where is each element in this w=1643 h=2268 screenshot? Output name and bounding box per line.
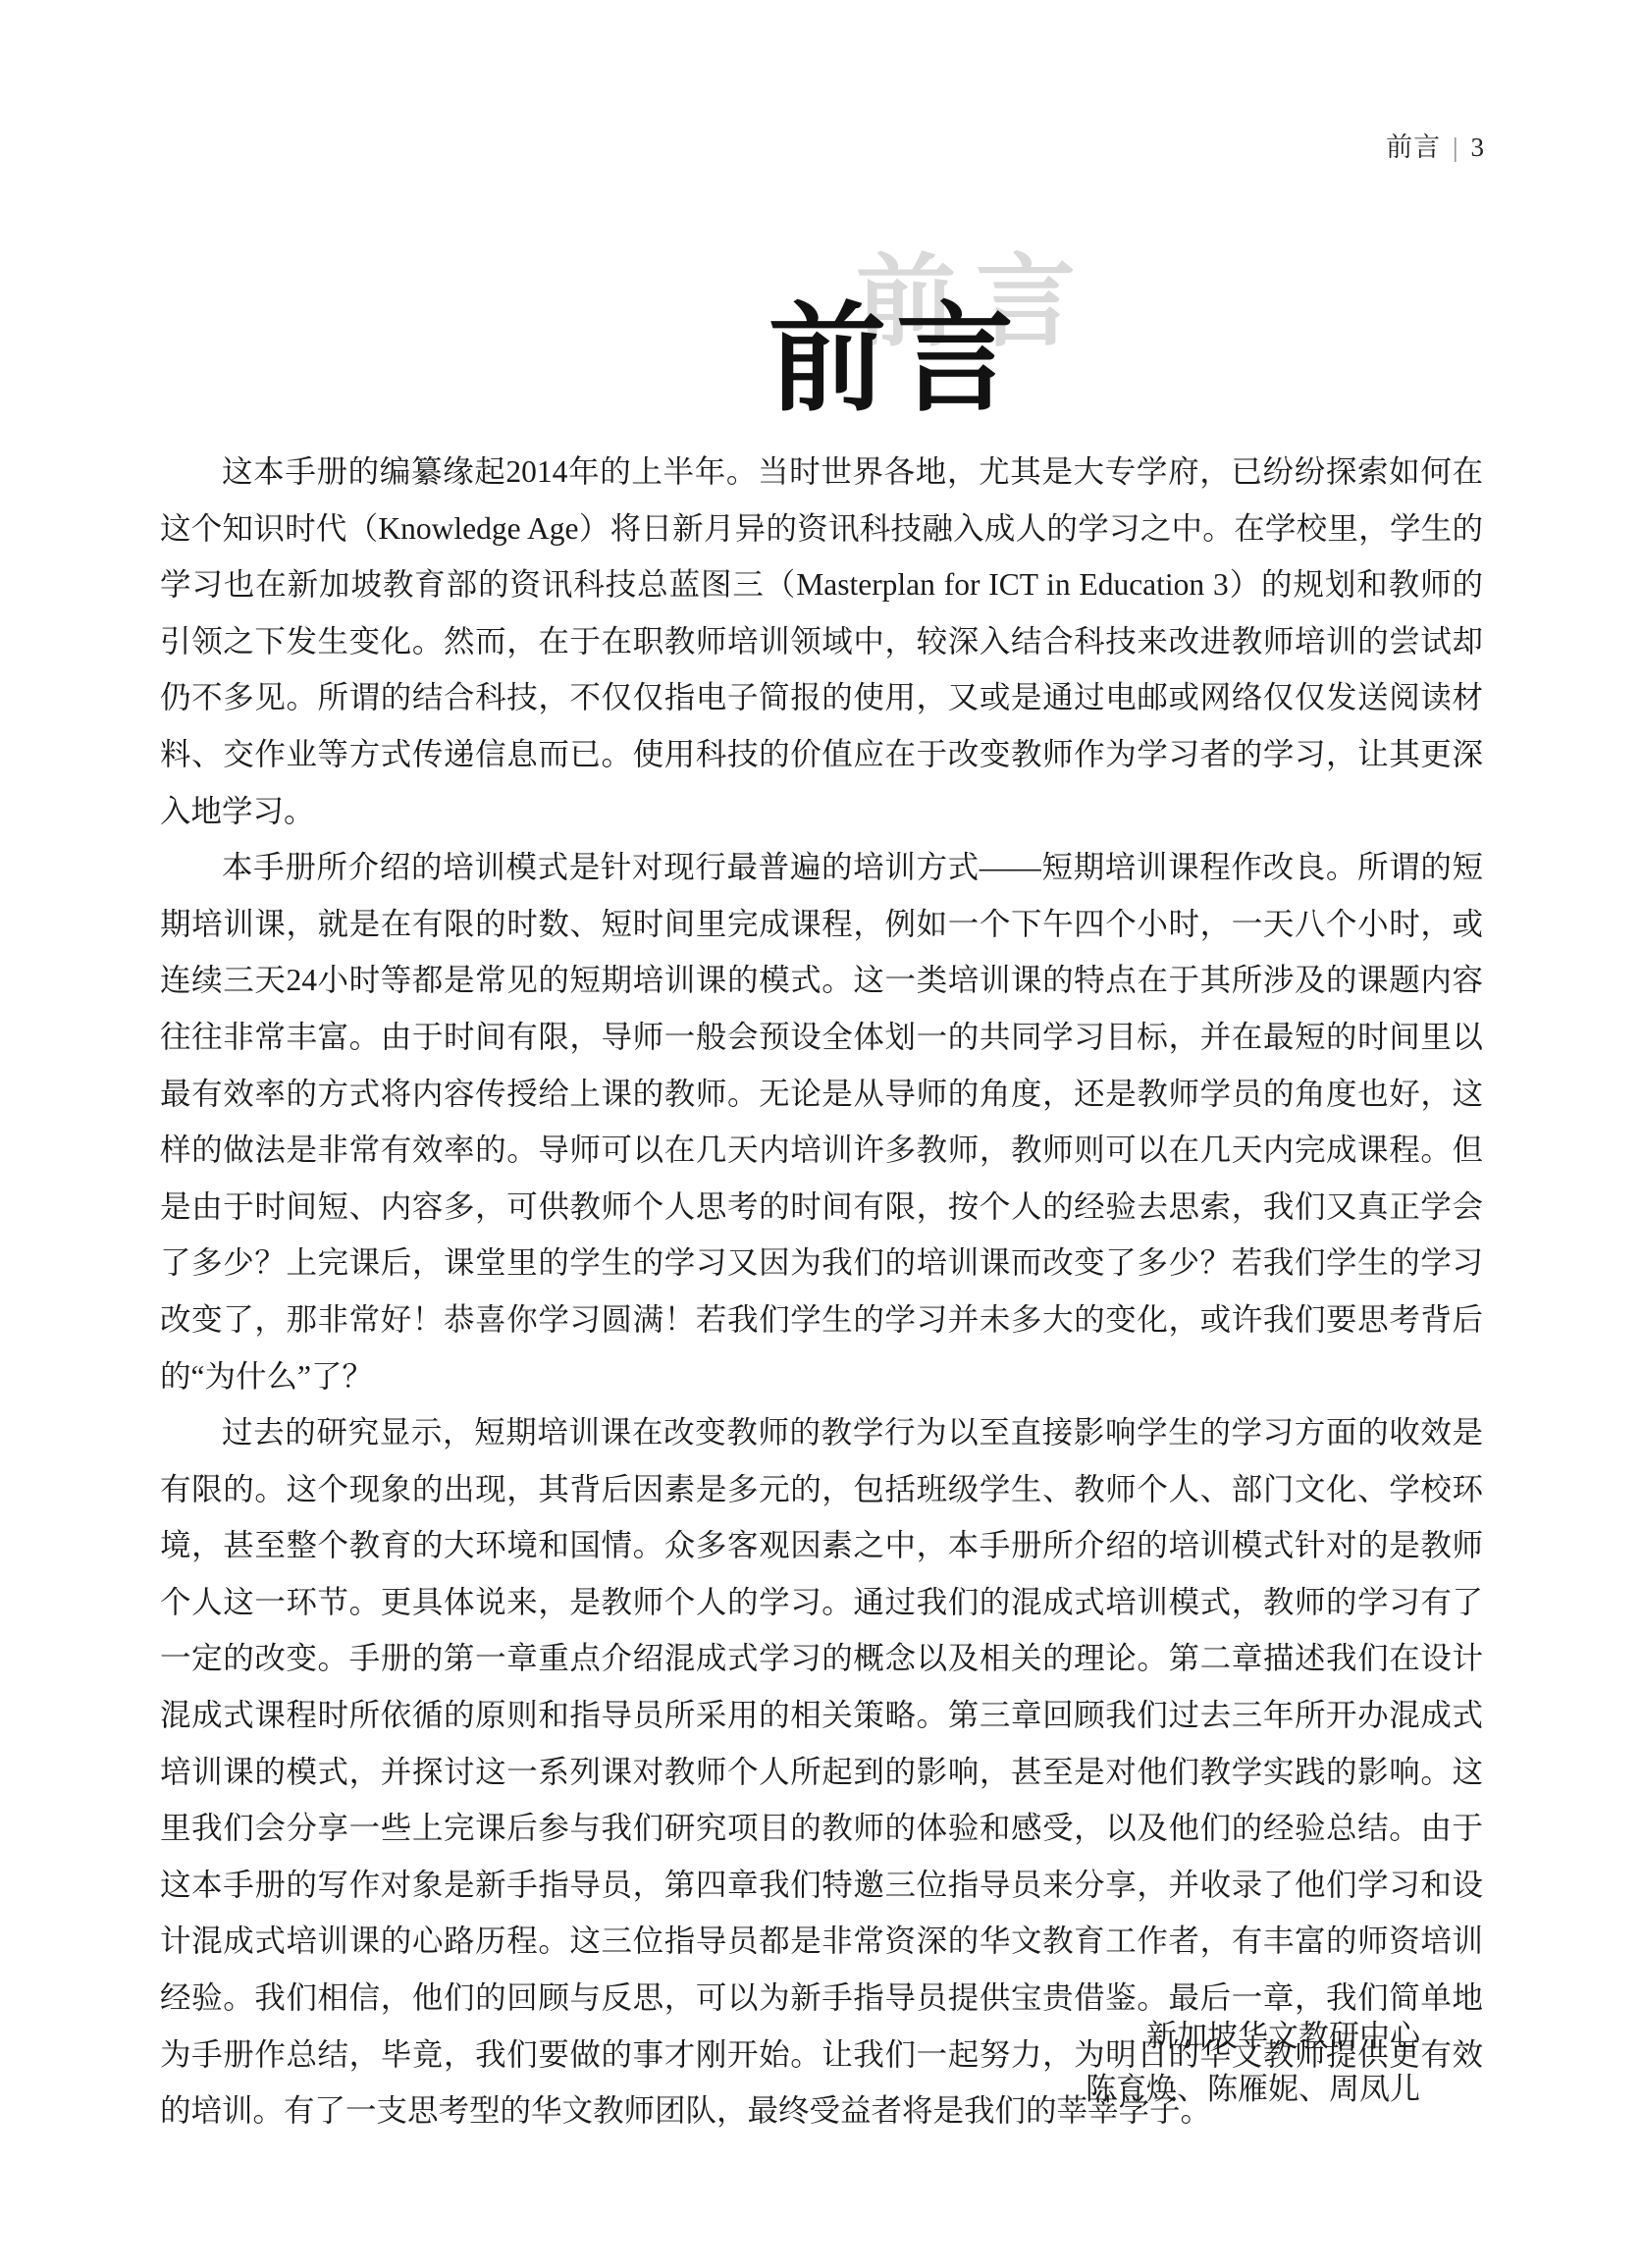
chapter-title: 前言 bbox=[768, 294, 1024, 424]
signature-authors: 陈育焕、陈雁妮、周凤儿 bbox=[1086, 2063, 1420, 2116]
document-page: 前言|3 前言 前言 这本手册的编纂缘起2014年的上半年。当时世界各地，尤其是… bbox=[0, 0, 1643, 2268]
preface-body: 这本手册的编纂缘起2014年的上半年。当时世界各地，尤其是大专学府，已纷纷探索如… bbox=[160, 444, 1483, 2139]
paragraph-2: 本手册所介绍的培训模式是针对现行最普遍的培训方式——短期培训课程作改良。所谓的短… bbox=[160, 839, 1483, 1404]
signature-organization: 新加坡华文教研中心 bbox=[1086, 2010, 1420, 2063]
paragraph-1: 这本手册的编纂缘起2014年的上半年。当时世界各地，尤其是大专学府，已纷纷探索如… bbox=[160, 444, 1483, 839]
chapter-title-block: 前言 前言 bbox=[0, 0, 1643, 451]
signature-block: 新加坡华文教研中心 陈育焕、陈雁妮、周凤儿 bbox=[1086, 2010, 1420, 2116]
